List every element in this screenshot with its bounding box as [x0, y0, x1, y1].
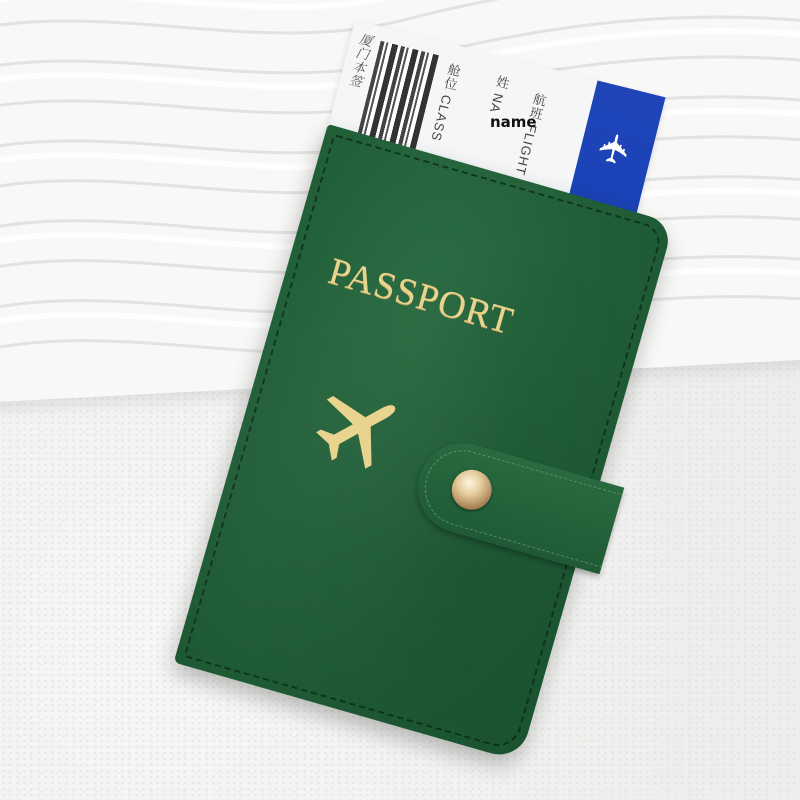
- flight-label: 航班 FLIGHT: [513, 91, 547, 177]
- airplane-icon: [303, 372, 414, 483]
- snap-button[interactable]: [447, 465, 496, 514]
- handwritten-text: 厦门本签: [345, 31, 372, 89]
- passport-title: PASSPORT: [324, 249, 519, 344]
- name-label: 姓 NA: [487, 74, 510, 115]
- airplane-icon: ✈: [589, 122, 642, 175]
- photo-scene: 厦门本签 舱位 CLASS 姓 NA 航班 FLIGHT ✈ name PASS…: [0, 0, 800, 800]
- class-label-en: CLASS: [428, 93, 454, 143]
- name-label-cn: 姓: [493, 74, 511, 91]
- class-label-cn: 舱位: [441, 62, 462, 93]
- name-overlay-text: name: [490, 113, 537, 131]
- closure-strap[interactable]: [407, 433, 624, 575]
- name-label-en: NA: [487, 92, 506, 115]
